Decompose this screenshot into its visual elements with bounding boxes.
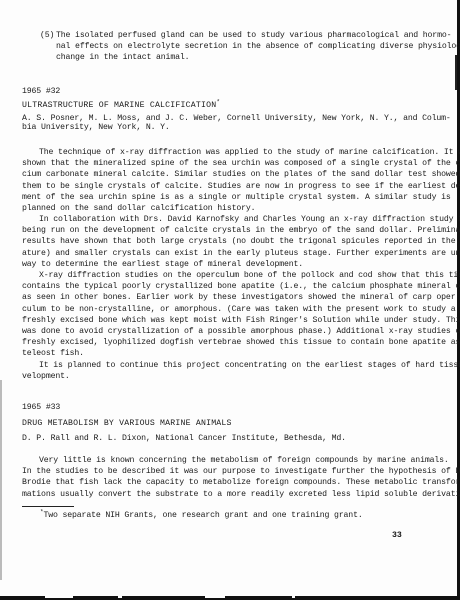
text-line: way to determine the earliest stage of m…: [22, 259, 398, 270]
footnote: *Two separate NIH Grants, one research g…: [40, 510, 363, 521]
entry-authors: D. P. Rall and R. L. Dixon, National Can…: [22, 433, 346, 444]
scan-edge-mark: [455, 55, 457, 90]
scan-edge-left: [0, 380, 2, 580]
scanned-page: (5) The isolated perfused gland can be u…: [0, 0, 460, 600]
paragraph: Very little is known concerning the meta…: [22, 455, 398, 500]
text-line: It is planned to continue this project c…: [22, 360, 398, 371]
page-number: 33: [392, 531, 402, 540]
text-line: was done to avoid crystallization of a p…: [22, 326, 398, 337]
text-line: nal effects on electrolyte secretion in …: [56, 41, 392, 52]
entry-authors: A. S. Posner, M. L. Moss, and J. C. Webe…: [22, 115, 398, 132]
text-line: culum to be non-crystalline, or amorphou…: [22, 304, 398, 315]
text-line: them to be single crystals of calcite. S…: [22, 181, 398, 192]
text-line: Brodie that fish lack the capacity to me…: [22, 477, 398, 488]
item-prev-text: The isolated perfused gland can be used …: [56, 30, 392, 64]
text-line: In the studies to be described it was ou…: [22, 466, 398, 477]
text-line: contains the typical poorly crystallized…: [22, 281, 398, 292]
paragraph: The technique of x-ray diffraction was a…: [22, 147, 398, 214]
paragraph: It is planned to continue this project c…: [22, 360, 398, 382]
text-line: cium carbonate mineral calcite. Similar …: [22, 169, 398, 180]
text-line: The isolated perfused gland can be used …: [56, 30, 392, 41]
text-line: The technique of x-ray diffraction was a…: [22, 147, 398, 158]
entry-id: 1965 #33: [22, 402, 60, 413]
entry-id: 1965 #32: [22, 86, 60, 97]
author-line: bia University, New York, N. Y.: [22, 124, 398, 133]
text-line: as seen in other bones. Earlier work by …: [22, 292, 398, 303]
paragraph: In collaboration with Drs. David Karnofs…: [22, 214, 398, 270]
entry-title: DRUG METABOLISM BY VARIOUS MARINE ANIMAL…: [22, 418, 232, 429]
footnote-mark: *: [216, 98, 220, 105]
text-line: X-ray diffraction studies on the opercul…: [22, 270, 398, 281]
scan-edge-bottom: [0, 596, 460, 600]
text-line: shown that the mineralized spine of the …: [22, 158, 398, 169]
text-line: In collaboration with Drs. David Karnofs…: [22, 214, 398, 225]
text-line: change in the intact animal.: [56, 52, 392, 63]
paragraph: X-ray diffraction studies on the opercul…: [22, 270, 398, 360]
entry-title-text: ULTRASTRUCTURE OF MARINE CALCIFICATION: [22, 101, 216, 110]
text-line: ment of the sea urchin spine is as a sin…: [22, 192, 398, 203]
text-line: velopment.: [22, 371, 398, 382]
text-line: Very little is known concerning the meta…: [22, 455, 398, 466]
item-number: (5): [40, 30, 54, 41]
text-line: freshly excised bone which was kept mois…: [22, 315, 398, 326]
entry-title: ULTRASTRUCTURE OF MARINE CALCIFICATION*: [22, 100, 220, 111]
footnote-rule: [22, 506, 74, 507]
text-line: planned on the sand dollar calcification…: [22, 203, 398, 214]
text-line: ature) and smaller crystals can exist in…: [22, 248, 398, 259]
footnote-text: Two separate NIH Grants, one research gr…: [43, 511, 362, 520]
text-line: results have shown that both large cryst…: [22, 236, 398, 247]
text-line: being run on the development of calcite …: [22, 225, 398, 236]
text-line: teleost fish.: [22, 348, 398, 359]
text-line: freshly excised, lyophilized dogfish ver…: [22, 337, 398, 348]
text-line: mations usually convert the substrate to…: [22, 489, 398, 500]
